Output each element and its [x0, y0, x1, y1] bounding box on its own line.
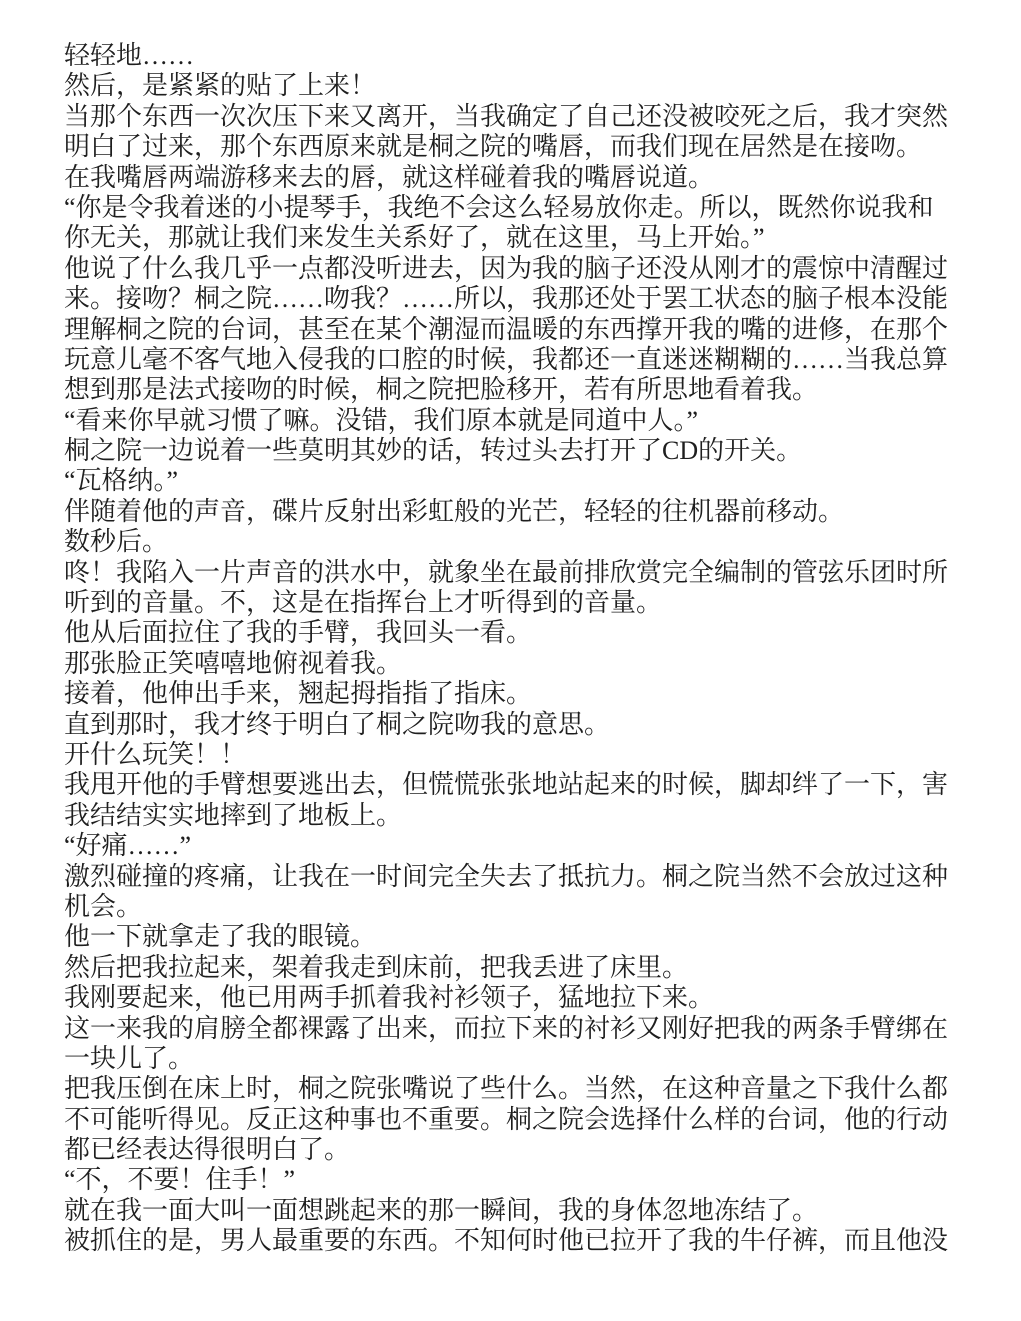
text-line: “不，不要！住手！” — [64, 1165, 965, 1195]
text-line: 他说了什么我几乎一点都没听进去，因为我的脑子还没从刚才的震惊中清醒过 — [64, 254, 965, 284]
text-line: 玩意儿毫不客气地入侵我的口腔的时候，我都还一直迷迷糊糊的……当我总算 — [64, 345, 965, 375]
text-line: 明白了过来，那个东西原来就是桐之院的嘴唇，而我们现在居然是在接吻。 — [64, 132, 965, 162]
text-line: 我刚要起来，他已用两手抓着我衬衫领子，猛地拉下来。 — [64, 983, 965, 1013]
text-line: 我甩开他的手臂想要逃出去，但慌慌张张地站起来的时候，脚却绊了一下，害 — [64, 770, 965, 800]
text-line: 来。接吻？桐之院……吻我？……所以，我那还处于罢工状态的脑子根本没能 — [64, 284, 965, 314]
text-block: 轻轻地……然后，是紧紧的贴了上来！当那个东西一次次压下来又离开，当我确定了自己还… — [64, 41, 965, 1257]
text-line: 然后把我拉起来，架着我走到床前，把我丢进了床里。 — [64, 953, 965, 983]
text-line: 理解桐之院的台词，甚至在某个潮湿而温暖的东西撑开我的嘴的进修，在那个 — [64, 315, 965, 345]
text-line: 激烈碰撞的疼痛，让我在一时间完全失去了抵抗力。桐之院当然不会放过这种 — [64, 862, 965, 892]
text-line: 在我嘴唇两端游移来去的唇，就这样碰着我的嘴唇说道。 — [64, 163, 965, 193]
text-line: 开什么玩笑！！ — [64, 740, 965, 770]
text-line: 接着，他伸出手来，翘起拇指指了指床。 — [64, 679, 965, 709]
text-line: “看来你早就习惯了嘛。没错，我们原本就是同道中人。” — [64, 406, 965, 436]
text-line: “瓦格纳。” — [64, 466, 965, 496]
text-line: 机会。 — [64, 892, 965, 922]
text-line: “好痛……” — [64, 831, 965, 861]
text-line: 就在我一面大叫一面想跳起来的那一瞬间，我的身体忽地冻结了。 — [64, 1196, 965, 1226]
text-line: 我结结实实地摔到了地板上。 — [64, 801, 965, 831]
text-line: 伴随着他的声音，碟片反射出彩虹般的光芒，轻轻的往机器前移动。 — [64, 497, 965, 527]
novel-page: 轻轻地……然后，是紧紧的贴了上来！当那个东西一次次压下来又离开，当我确定了自己还… — [0, 0, 1021, 1321]
text-line: 那张脸正笑嘻嘻地俯视着我。 — [64, 649, 965, 679]
text-line: 被抓住的是，男人最重要的东西。不知何时他已拉开了我的牛仔裤，而且他没 — [64, 1226, 965, 1256]
text-line: 直到那时，我才终于明白了桐之院吻我的意思。 — [64, 710, 965, 740]
text-line: 想到那是法式接吻的时候，桐之院把脸移开，若有所思地看着我。 — [64, 375, 965, 405]
text-line: 都已经表达得很明白了。 — [64, 1135, 965, 1165]
text-line: 桐之院一边说着一些莫明其妙的话，转过头去打开了CD的开关。 — [64, 436, 965, 466]
text-line: 数秒后。 — [64, 527, 965, 557]
text-line: 这一来我的肩膀全都裸露了出来，而拉下来的衬衫又刚好把我的两条手臂绑在 — [64, 1014, 965, 1044]
text-line: 咚！我陷入一片声音的洪水中，就象坐在最前排欣赏完全编制的管弦乐团时所 — [64, 558, 965, 588]
text-line: 你无关，那就让我们来发生关系好了，就在这里，马上开始。” — [64, 223, 965, 253]
text-line: 把我压倒在床上时，桐之院张嘴说了些什么。当然，在这种音量之下我什么都 — [64, 1074, 965, 1104]
text-line: 听到的音量。不，这是在指挥台上才听得到的音量。 — [64, 588, 965, 618]
text-line: 他一下就拿走了我的眼镜。 — [64, 922, 965, 952]
text-line: 然后，是紧紧的贴了上来！ — [64, 71, 965, 101]
text-line: “你是令我着迷的小提琴手，我绝不会这么轻易放你走。所以，既然你说我和 — [64, 193, 965, 223]
text-line: 当那个东西一次次压下来又离开，当我确定了自己还没被咬死之后，我才突然 — [64, 102, 965, 132]
text-line: 轻轻地…… — [64, 41, 965, 71]
text-line: 不可能听得见。反正这种事也不重要。桐之院会选择什么样的台词，他的行动 — [64, 1105, 965, 1135]
text-line: 他从后面拉住了我的手臂，我回头一看。 — [64, 618, 965, 648]
text-line: 一块儿了。 — [64, 1044, 965, 1074]
